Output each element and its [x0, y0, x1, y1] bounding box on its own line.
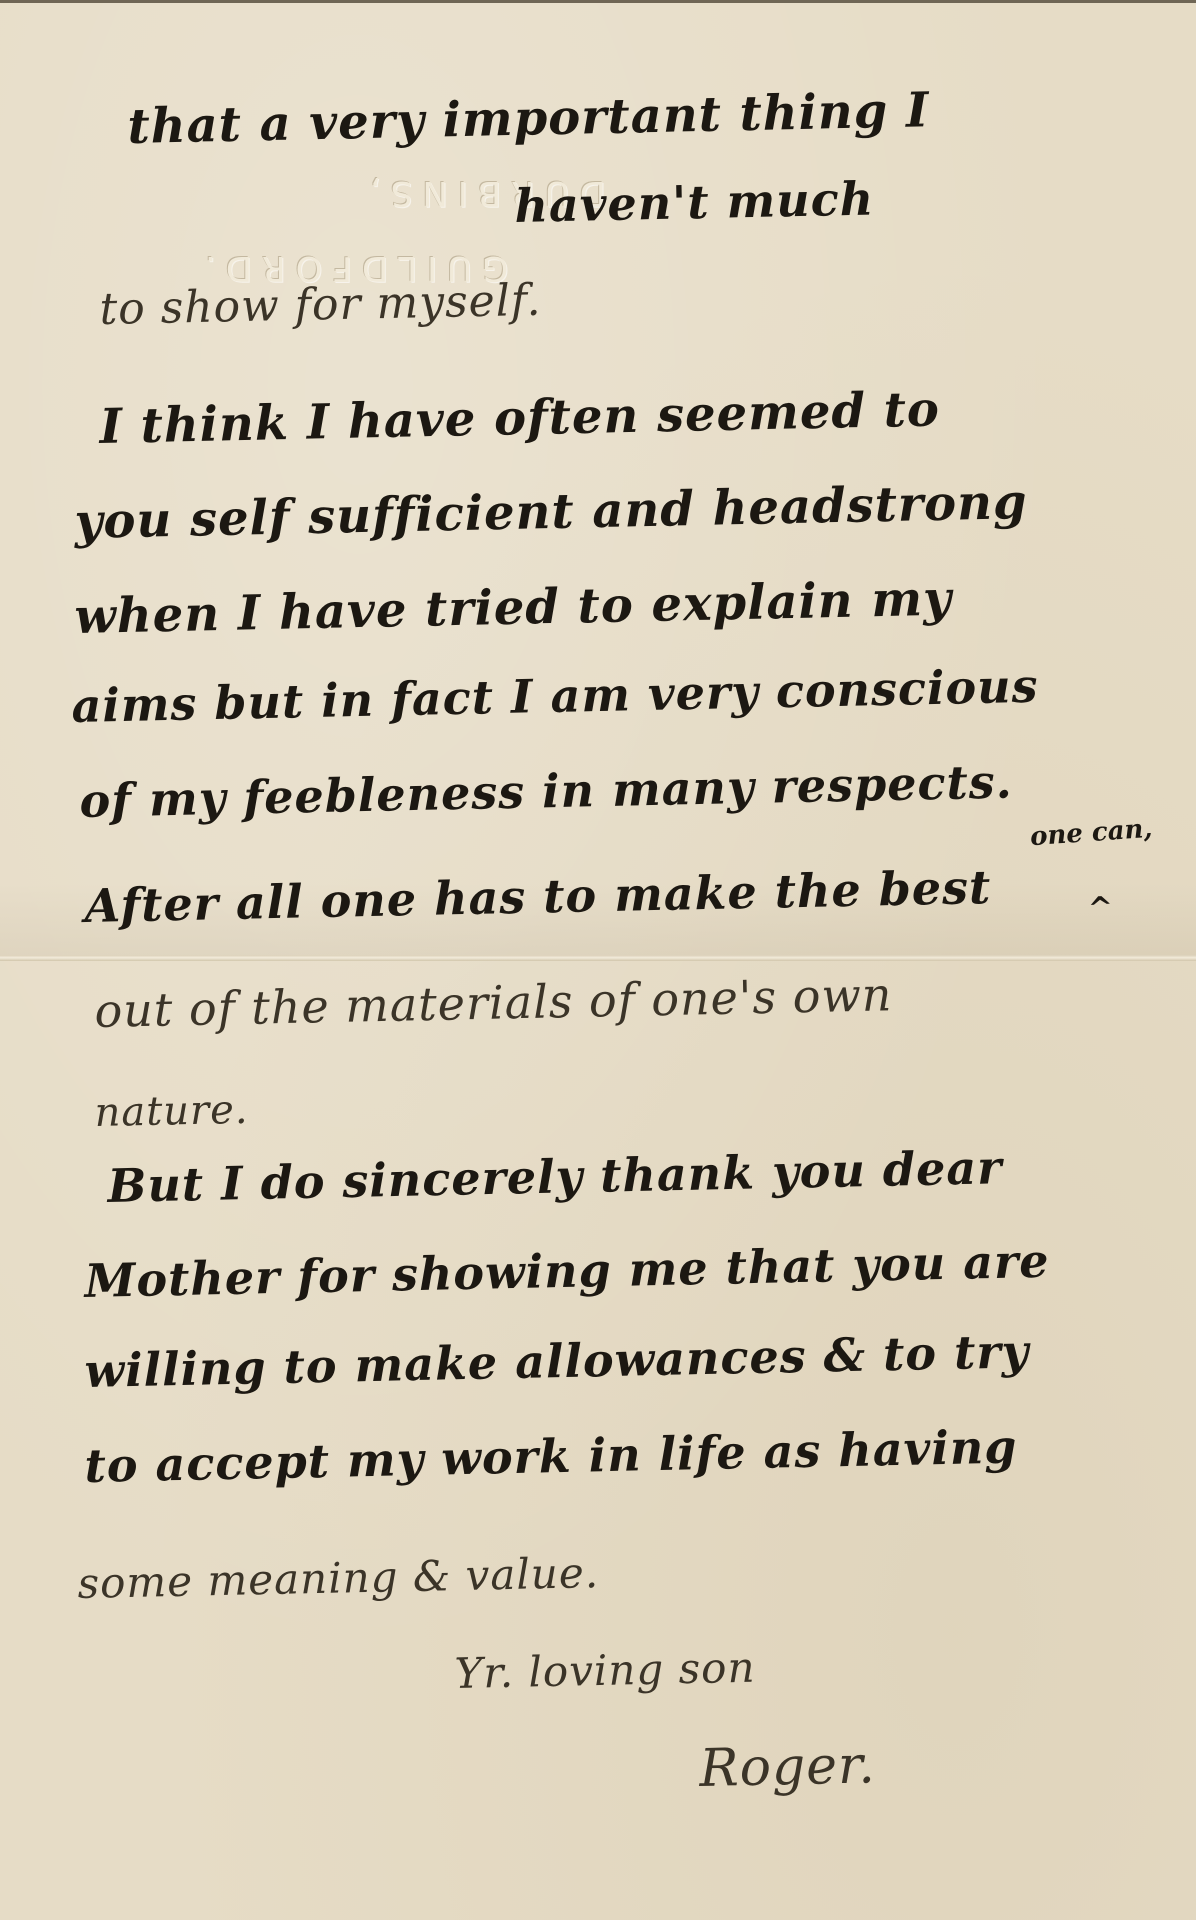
signature: Roger.: [699, 1739, 876, 1795]
insertion-one-can: one can,: [1029, 814, 1153, 852]
letter-line-10: out of the materials of one's own: [94, 971, 893, 1034]
letter-line-2: haven't much: [514, 175, 874, 229]
letter-line-14: willing to make allowances & to try: [84, 1328, 1030, 1394]
letter-line-11: nature.: [94, 1090, 249, 1133]
letter-line-13: Mother for showing me that you are: [84, 1238, 1050, 1304]
paper-fold-line: [0, 955, 1196, 961]
letter-line-5: you self sufficient and headstrong: [74, 478, 1028, 546]
letter-page: DURBINS, GUILDFORD. that a very importan…: [0, 0, 1196, 1920]
letter-line-4: I think I have often seemed to: [99, 385, 940, 451]
insertion-caret: ^: [1087, 890, 1115, 927]
letter-line-6: when I have tried to explain my: [74, 575, 952, 641]
closing: Yr. loving son: [454, 1647, 756, 1695]
letter-line-12: But I do sincerely thank you dear: [107, 1144, 1003, 1209]
letter-line-16: some meaning & value.: [77, 1552, 599, 1605]
letter-line-3: to show for myself.: [99, 279, 542, 332]
letter-line-7: aims but in fact I am very conscious: [71, 663, 1039, 729]
letter-line-8: of my feebleness in many respects.: [79, 758, 1013, 824]
letter-line-15: to accept my work in life as having: [84, 1423, 1018, 1489]
letter-line-1: that a very important thing I: [127, 86, 930, 151]
